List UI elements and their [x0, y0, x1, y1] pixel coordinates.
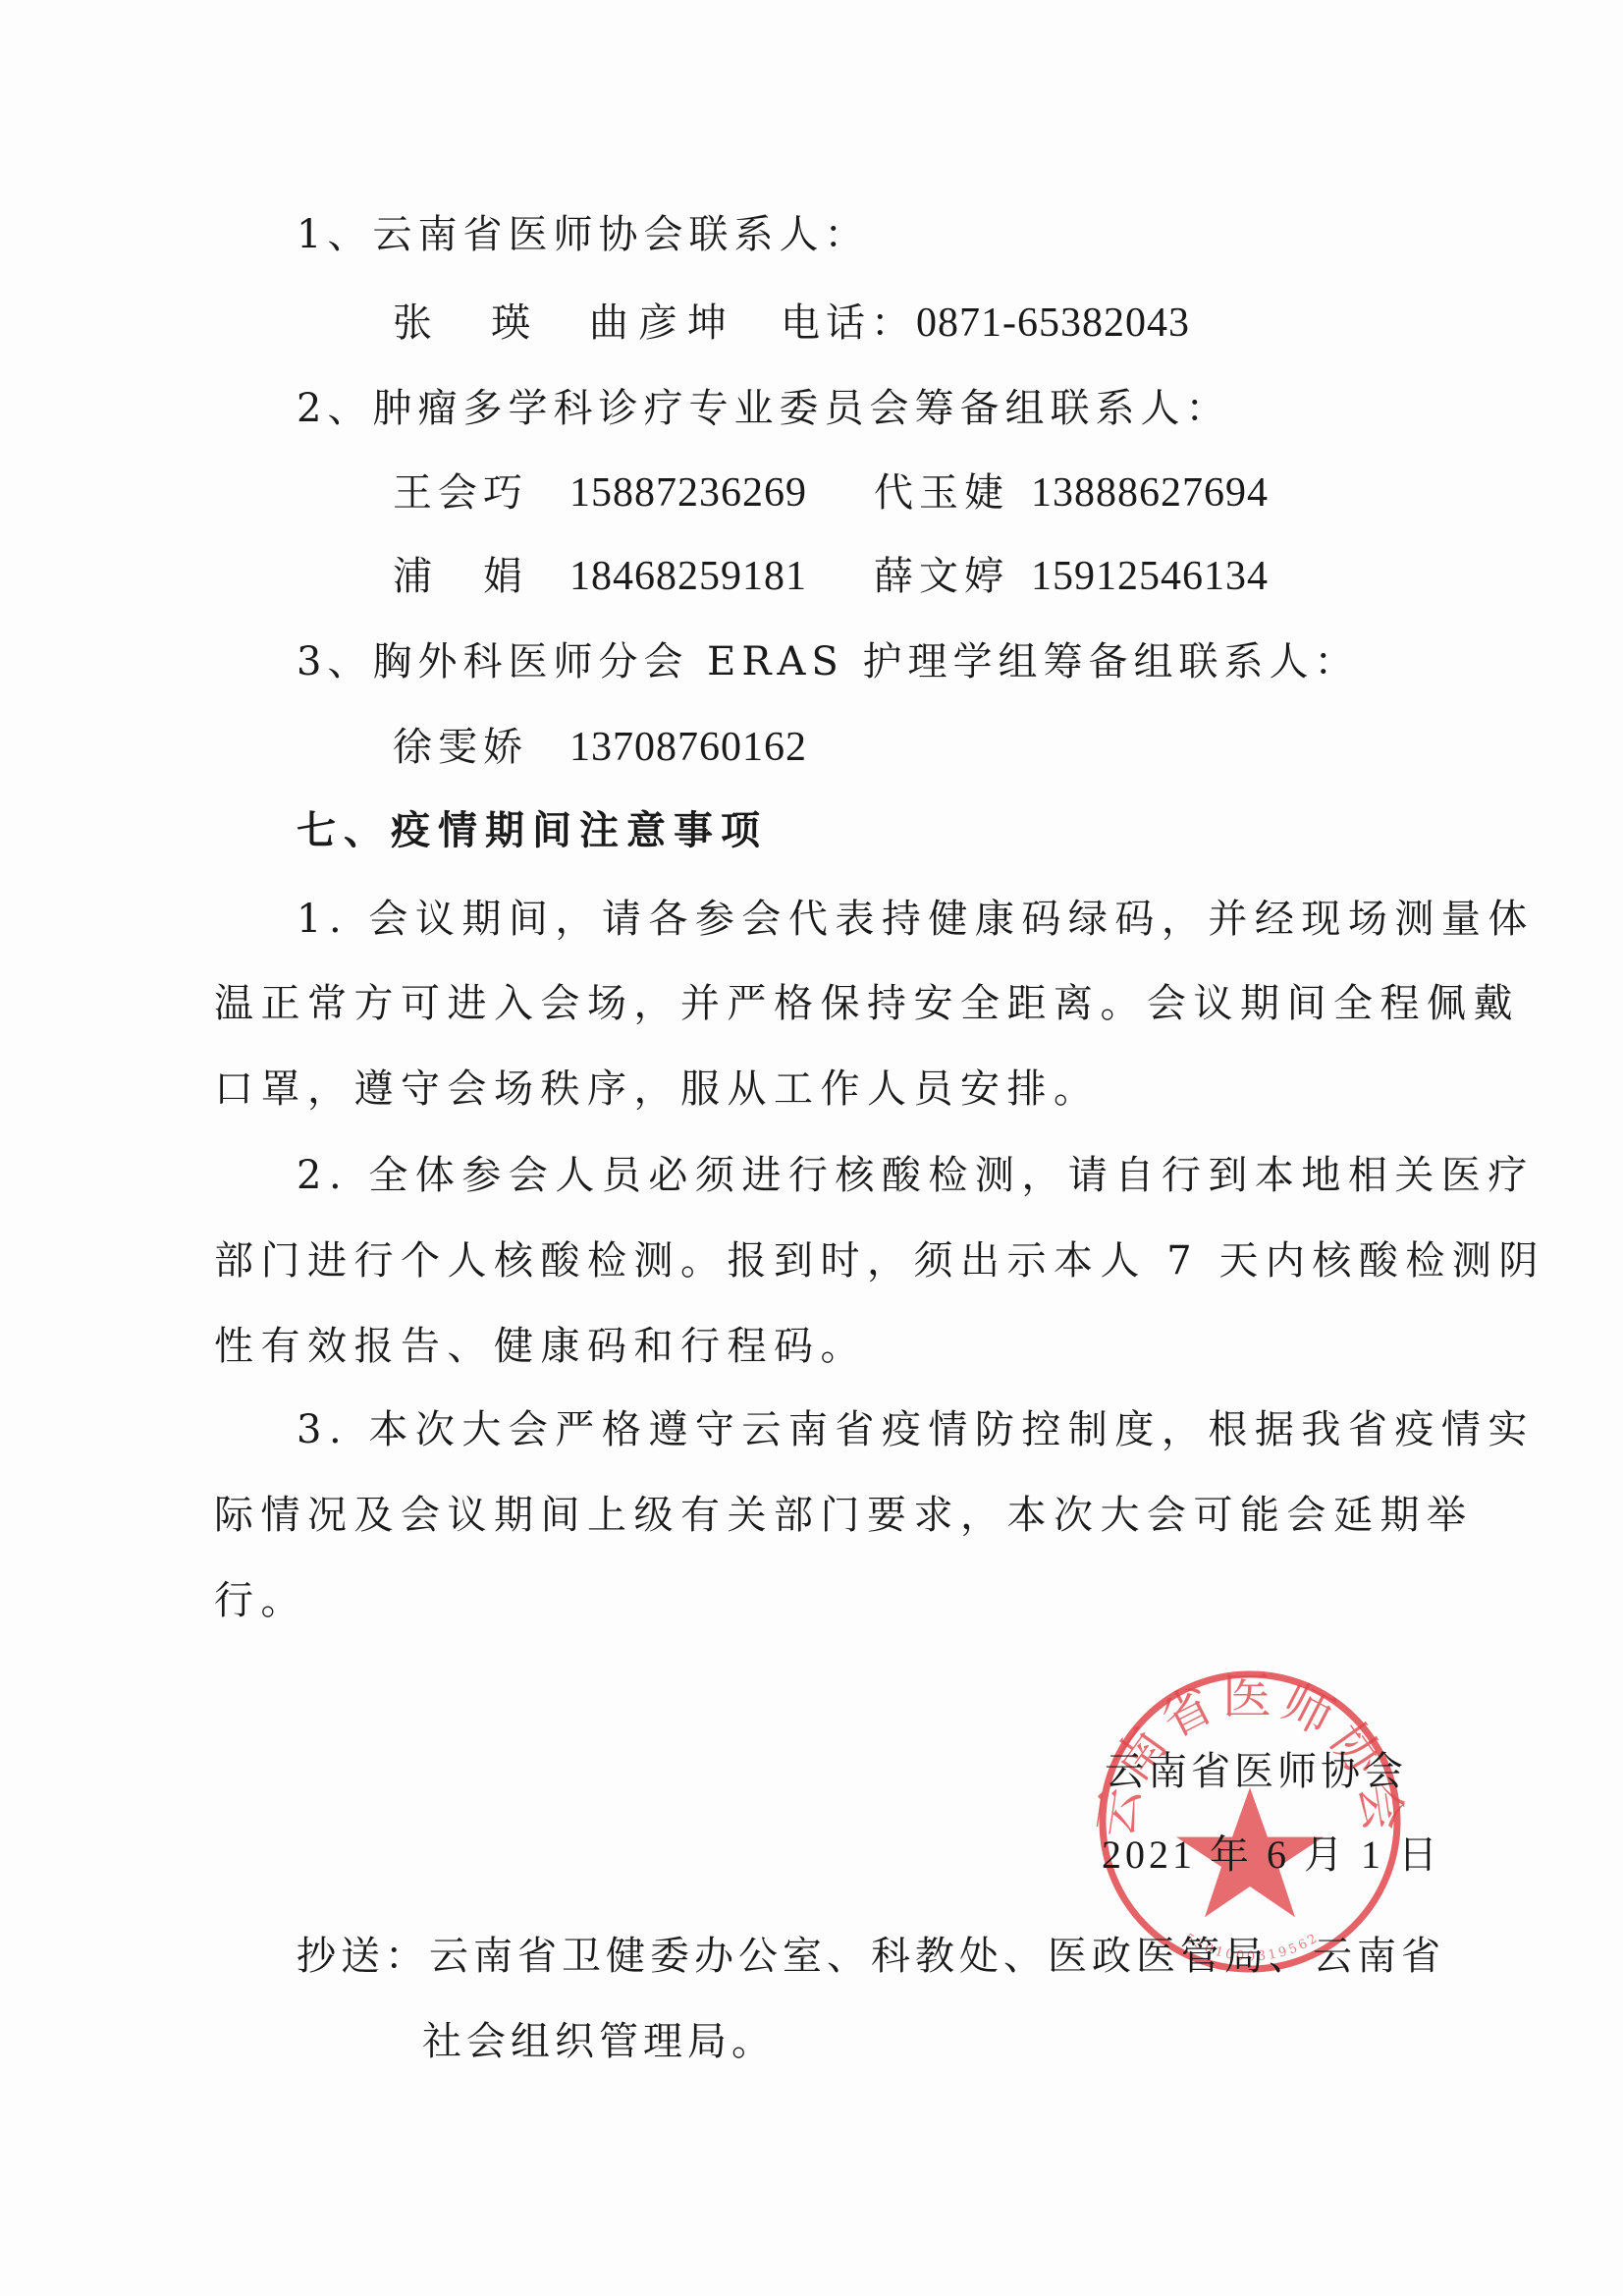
contact-group-1-row: 张 瑛 曲彦坤电话：0871-65382043	[393, 300, 1190, 347]
paragraph-line: 行。	[214, 1577, 307, 1624]
cc-recipients: 云南省卫健委办公室、科教处、医政医管局、云南省	[429, 1934, 1445, 1979]
contact-phone: 15912546134	[1031, 553, 1269, 600]
contact-phone: 0871-65382043	[916, 300, 1190, 347]
contact-name: 王会巧	[393, 469, 569, 517]
phone-label: 电话：	[781, 301, 916, 346]
paragraph-line: 性有效报告、健康码和行程码。	[214, 1323, 867, 1370]
paragraph-line: 1. 会议期间，请各参会代表持健康码绿码，并经现场测量体	[297, 896, 1535, 943]
paragraph-line: 3. 本次大会严格遵守云南省疫情防控制度，根据我省疫情实	[297, 1406, 1535, 1453]
contact-phone: 15887236269	[569, 469, 874, 517]
contact-group-3-title: 3、胸外科医师分会 ERAS 护理学组筹备组联系人：	[297, 638, 1359, 685]
document-page: 1、云南省医师协会联系人： 张 瑛 曲彦坤电话：0871-65382043 2、…	[0, 0, 1623, 2296]
paragraph-line: 部门进行个人核酸检测。报到时，须出示本人 7 天内核酸检测阴	[214, 1237, 1545, 1285]
signature-organization: 云南省医师协会	[1105, 1748, 1407, 1795]
contact-name: 代玉婕	[874, 469, 1031, 517]
paragraph-line: 温正常方可进入会场，并严格保持安全距离。会议期间全程佩戴	[214, 980, 1520, 1027]
section-heading: 七、疫情期间注意事项	[297, 807, 768, 854]
contact-name: 浦 娟	[393, 553, 569, 600]
signature-date: 2021 年 6 月 1 日	[1102, 1831, 1441, 1879]
cc-label: 抄送：	[297, 1934, 429, 1979]
cc-line-2: 社会组织管理局。	[422, 2018, 776, 2065]
paragraph-line: 2. 全体参会人员必须进行核酸检测，请自行到本地相关医疗	[297, 1152, 1535, 1199]
contact-row: 徐雯娇13708760162	[393, 724, 807, 771]
contact-name: 薛文婷	[874, 553, 1031, 600]
contact-group-1-title: 1、云南省医师协会联系人：	[297, 211, 869, 258]
contact-group-2-title: 2、肿瘤多学科诊疗专业委员会筹备组联系人：	[297, 385, 1230, 432]
contact-name: 徐雯娇	[393, 724, 569, 771]
contact-names: 张 瑛 曲彦坤	[393, 300, 781, 347]
contact-row: 王会巧15887236269代玉婕13888627694	[393, 469, 1269, 517]
contact-phone: 13888627694	[1031, 469, 1269, 517]
cc-line-1: 抄送：云南省卫健委办公室、科教处、医政医管局、云南省	[297, 1933, 1445, 1980]
contact-phone: 13708760162	[569, 724, 807, 771]
paragraph-line: 际情况及会议期间上级有关部门要求，本次大会可能会延期举	[214, 1492, 1474, 1539]
contact-phone: 18468259181	[569, 553, 874, 600]
paragraph-line: 口罩，遵守会场秩序，服从工作人员安排。	[214, 1066, 1101, 1113]
contact-row: 浦 娟18468259181薛文婷15912546134	[393, 553, 1269, 600]
